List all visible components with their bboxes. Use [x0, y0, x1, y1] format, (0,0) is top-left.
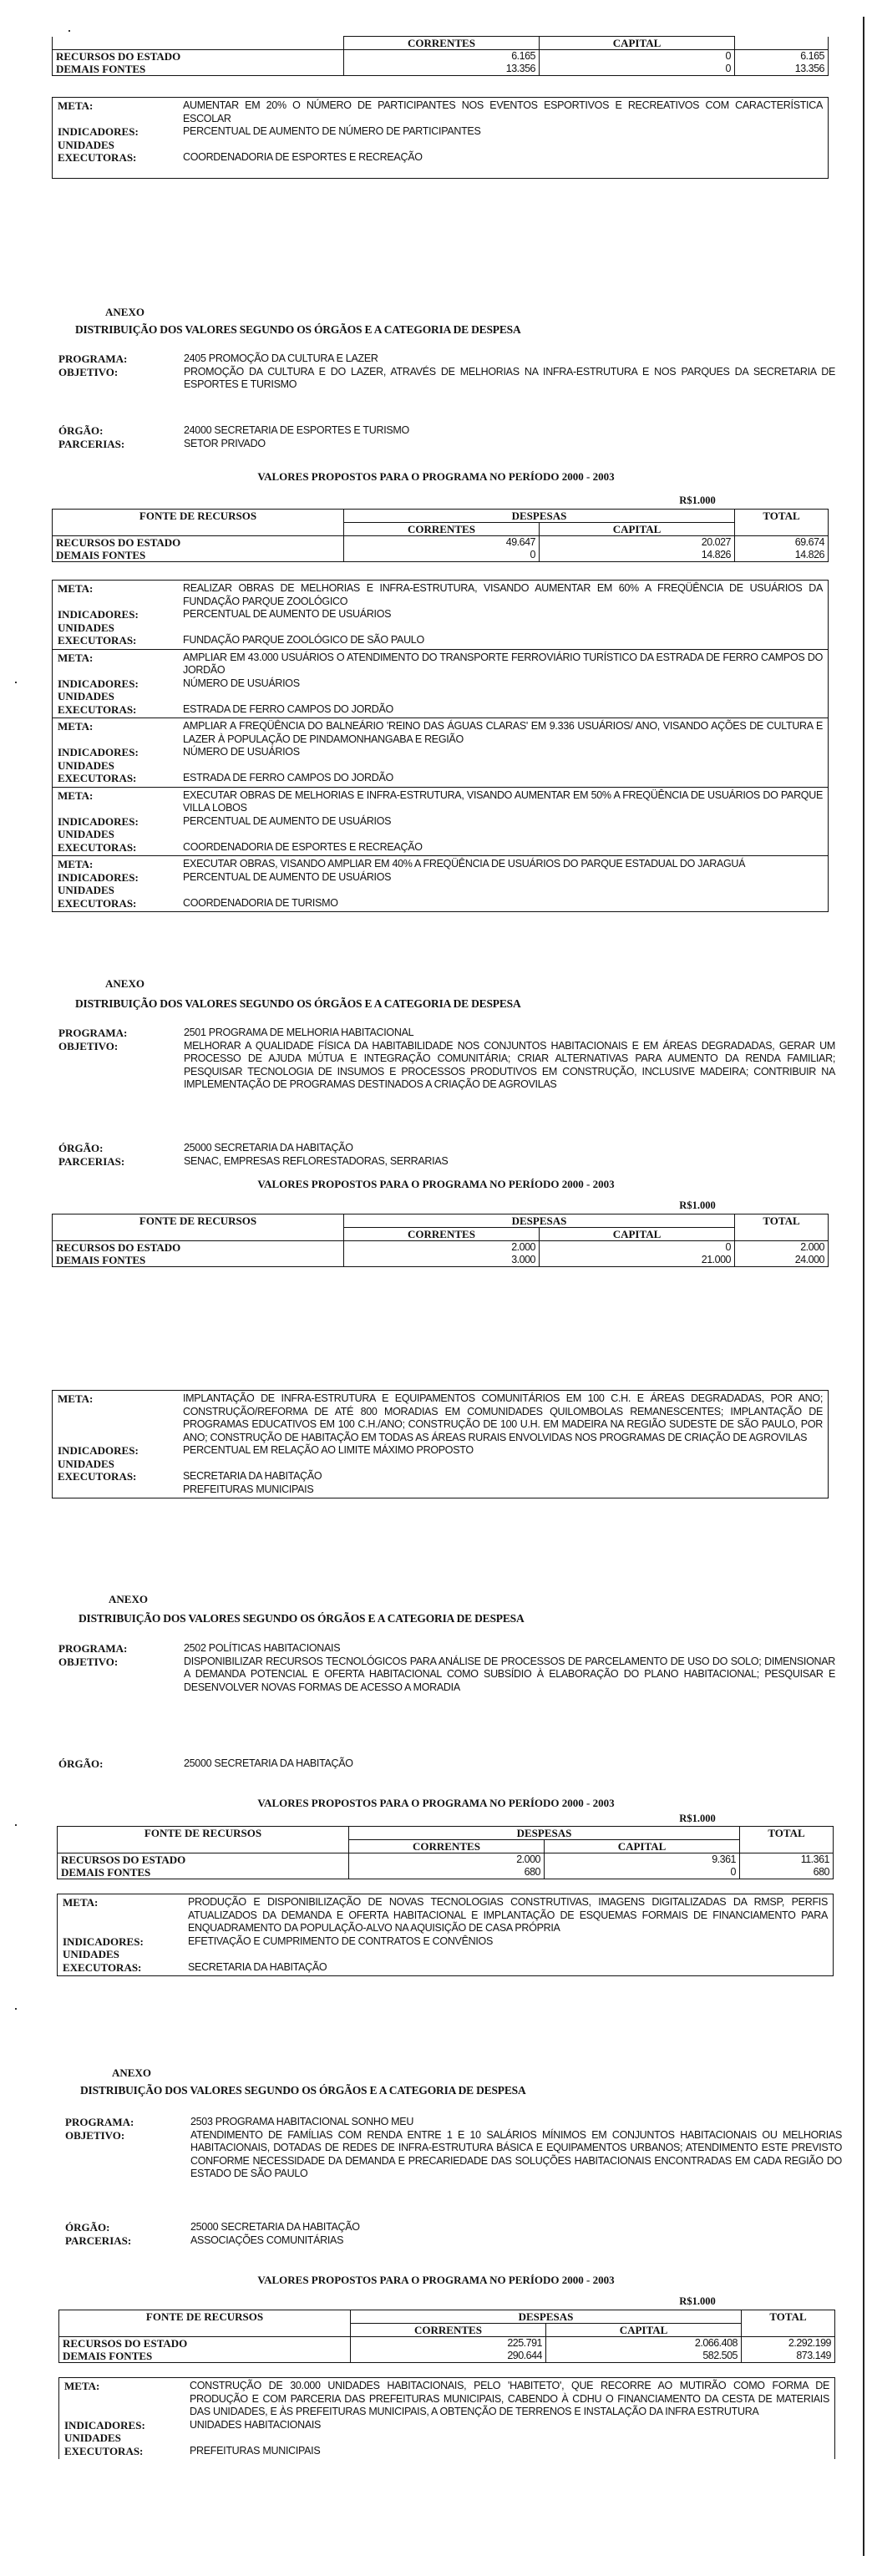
parcerias-value: SETOR PRIVADO [184, 438, 835, 451]
executoras-text: COORDENADORIA DE ESPORTES E RECREAÇÃO [183, 151, 823, 165]
unit-label: R$1.000 [651, 1199, 743, 1212]
budget-table: FONTE DE RECURSOS DESPESAS TOTAL CORRENT… [52, 509, 829, 562]
budget-table: FONTE DE RECURSOS DESPESAS TOTAL CORRENT… [57, 1826, 834, 1879]
meta-box: META:CONSTRUÇÃO DE 30.000 UNIDADES HABIT… [58, 2377, 835, 2459]
meta-block: META:AUMENTAR EM 20% O NÚMERO DE PARTICI… [53, 98, 828, 166]
meta-box: META:PRODUÇÃO E DISPONIBILIZAÇÃO DE NOVA… [57, 1894, 834, 1976]
anexo-heading: ANEXO [105, 977, 144, 991]
header-despesas: DESPESAS [344, 510, 735, 523]
anexo-heading: ANEXO [109, 1593, 148, 1606]
meta-block: META:AMPLIAR A FREQÜÊNCIA DO BALNEÁRIO '… [53, 718, 828, 787]
scan-speck [15, 2008, 17, 2010]
distribuicao-heading: DISTRIBUIÇÃO DOS VALORES SEGUNDO OS ÓRGÃ… [75, 997, 521, 1011]
program-info: PROGRAMA:2501 PROGRAMA DE MELHORIA HABIT… [58, 1027, 835, 1092]
meta-box: META:REALIZAR OBRAS DE MELHORIAS E INFRA… [52, 580, 829, 912]
meta-block: META:PRODUÇÃO E DISPONIBILIZAÇÃO DE NOVA… [58, 1894, 833, 1975]
program-info: PROGRAMA:2405 PROMOÇÃO DA CULTURA E LAZE… [58, 352, 835, 392]
header-capital: CAPITAL [540, 523, 735, 536]
meta-block: META:REALIZAR OBRAS DE MELHORIAS E INFRA… [53, 581, 828, 649]
row-label-estado: RECURSOS DO ESTADO [53, 50, 344, 63]
orgao-info: ÓRGÃO:25000 SECRETARIA DA HABITAÇÃO PARC… [65, 2221, 842, 2247]
programa-value: 2405 PROMOÇÃO DA CULTURA E LAZER [184, 352, 835, 366]
meta-box: META:AUMENTAR EM 20% O NÚMERO DE PARTICI… [52, 97, 829, 179]
row-label-demais: DEMAIS FONTES [53, 63, 344, 76]
valores-title: VALORES PROPOSTOS PARA O PROGRAMA NO PER… [0, 1178, 872, 1191]
scan-speck [15, 682, 17, 683]
valores-title: VALORES PROPOSTOS PARA O PROGRAMA NO PER… [0, 2274, 872, 2287]
scan-speck [15, 1824, 17, 1826]
meta-block: META:EXECUTAR OBRAS, VISANDO AMPLIAR EM … [53, 855, 828, 911]
distribuicao-heading: DISTRIBUIÇÃO DOS VALORES SEGUNDO OS ÓRGÃ… [80, 2084, 526, 2097]
program-info: PROGRAMA:2502 POLÍTICAS HABITACIONAIS OB… [58, 1642, 835, 1694]
orgao-info: ÓRGÃO:25000 SECRETARIA DA HABITAÇÃO [58, 1757, 835, 1771]
budget-table: FONTE DE RECURSOS DESPESAS TOTAL CORRENT… [52, 1214, 829, 1267]
header-fonte: FONTE DE RECURSOS [53, 510, 344, 536]
valores-title: VALORES PROPOSTOS PARA O PROGRAMA NO PER… [0, 1797, 872, 1810]
scan-speck [68, 30, 70, 32]
orgao-value: 24000 SECRETARIA DE ESPORTES E TURISMO [184, 424, 835, 438]
cell-correntes: 13.356 [344, 63, 540, 76]
cell-correntes: 6.165 [344, 50, 540, 63]
header-correntes: CORRENTES [344, 37, 540, 50]
objetivo-value: PROMOÇÃO DA CULTURA E DO LAZER, ATRAVÉS … [184, 366, 835, 392]
unit-label: R$1.000 [651, 494, 743, 507]
budget-table: FONTE DE RECURSOS DESPESAS TOTAL CORRENT… [58, 2310, 835, 2363]
meta-box: META:IMPLANTAÇÃO DE INFRA-ESTRUTURA E EQ… [52, 1390, 829, 1498]
meta-block: META:CONSTRUÇÃO DE 30.000 UNIDADES HABIT… [59, 2378, 834, 2459]
unit-label: R$1.000 [651, 2295, 743, 2308]
meta-text: AUMENTAR EM 20% O NÚMERO DE PARTICIPANTE… [183, 99, 823, 125]
distribuicao-heading: DISTRIBUIÇÃO DOS VALORES SEGUNDO OS ÓRGÃ… [75, 323, 521, 337]
cell-capital: 0 [540, 50, 735, 63]
cell-total: 13.356 [735, 63, 829, 76]
anexo-heading: ANEXO [105, 306, 144, 319]
valores-title: VALORES PROPOSTOS PARA O PROGRAMA NO PER… [0, 470, 872, 484]
cell-total: 6.165 [735, 50, 829, 63]
indicadores-text: PERCENTUAL DE AUMENTO DE NÚMERO DE PARTI… [183, 125, 823, 139]
meta-block: META:EXECUTAR OBRAS DE MELHORIAS E INFRA… [53, 787, 828, 856]
cell-capital: 0 [540, 63, 735, 76]
header-capital: CAPITAL [540, 37, 735, 50]
program-info: PROGRAMA:2503 PROGRAMA HABITACIONAL SONH… [65, 2116, 842, 2181]
orgao-info: ÓRGÃO:25000 SECRETARIA DA HABITAÇÃO PARC… [58, 1142, 835, 1168]
budget-table-continuation: CORRENTES CAPITAL RECURSOS DO ESTADO 6.1… [52, 36, 829, 76]
page-edge-rule [863, 17, 864, 2556]
meta-block: META:IMPLANTAÇÃO DE INFRA-ESTRUTURA E EQ… [53, 1391, 828, 1498]
header-total: TOTAL [735, 510, 829, 536]
header-correntes: CORRENTES [344, 523, 540, 536]
anexo-heading: ANEXO [112, 2066, 151, 2080]
unit-label: R$1.000 [651, 1813, 743, 1825]
orgao-info: ÓRGÃO:24000 SECRETARIA DE ESPORTES E TUR… [58, 424, 835, 450]
distribuicao-heading: DISTRIBUIÇÃO DOS VALORES SEGUNDO OS ÓRGÃ… [79, 1612, 525, 1625]
meta-block: META:AMPLIAR EM 43.000 USUÁRIOS O ATENDI… [53, 649, 828, 718]
